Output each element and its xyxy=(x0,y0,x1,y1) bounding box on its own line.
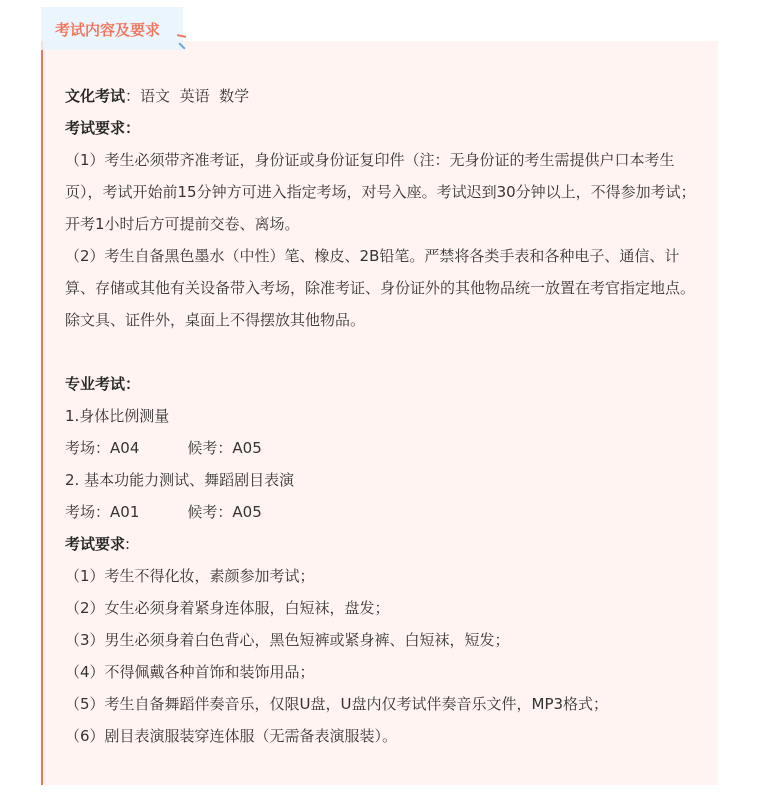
culture-exam-separator: ： xyxy=(125,87,140,105)
room-label: 考场： xyxy=(65,439,110,457)
professional-requirements-label: 考试要求 xyxy=(65,535,125,553)
room-value: A04 xyxy=(110,439,139,457)
culture-exam-label: 文化考试 xyxy=(65,87,125,105)
professional-requirement-item: （5）考生自备舞蹈伴奏音乐，仅限U盘，U盘内仅考试伴奏音乐文件，MP3格式； xyxy=(65,688,705,720)
professional-section-title: 1.身体比例测量 xyxy=(65,400,705,432)
professional-requirement-item: （6）剧目表演服装穿连体服（无需备表演服装）。 xyxy=(65,720,705,752)
wait-room-value: A05 xyxy=(232,503,261,521)
professional-requirement-item: （2）女生必须身着紧身连体服，白短袜，盘发； xyxy=(65,592,705,624)
culture-requirement-item: （1）考生必须带齐准考证，身份证或身份证复印件（注：无身份证的考生需提供户口本考… xyxy=(65,144,697,240)
wait-label: 候考： xyxy=(187,439,232,457)
professional-section-rooms: 考场：A01候考：A05 xyxy=(65,496,705,528)
wait-room-value: A05 xyxy=(232,439,261,457)
exam-content: 文化考试：语文 英语 数学 考试要求： （1）考生必须带齐准考证，身份证或身份证… xyxy=(65,80,705,752)
section-header-tab: 考试内容及要求 xyxy=(41,7,183,50)
professional-requirements-heading: 考试要求: xyxy=(65,528,705,560)
culture-exam-line: 文化考试：语文 英语 数学 xyxy=(65,80,705,112)
culture-requirement-item: （2）考生自备黑色墨水（中性）笔、橡皮、2B铅笔。严禁将各类手表和各种电子、通信… xyxy=(65,240,697,336)
professional-section-rooms: 考场：A04候考：A05 xyxy=(65,432,705,464)
professional-requirement-item: （4）不得佩戴各种首饰和装饰用品； xyxy=(65,656,705,688)
professional-section-title: 2. 基本功能力测试、舞蹈剧目表演 xyxy=(65,464,705,496)
room-label: 考场： xyxy=(65,503,110,521)
professional-requirement-item: （1）考生不得化妆，素颜参加考试； xyxy=(65,560,705,592)
culture-requirements-label: 考试要求： xyxy=(65,112,705,144)
room-value: A01 xyxy=(110,503,139,521)
section-title: 考试内容及要求 xyxy=(55,19,160,40)
professional-requirement-item: （3）男生必须身着白色背心，黑色短裤或紧身裤、白短袜，短发； xyxy=(65,624,705,656)
spacer xyxy=(65,336,705,368)
wait-label: 候考： xyxy=(187,503,232,521)
professional-exam-label: 专业考试： xyxy=(65,368,705,400)
professional-requirements-separator: : xyxy=(125,535,130,553)
culture-exam-subjects: 语文 英语 数学 xyxy=(140,87,249,105)
